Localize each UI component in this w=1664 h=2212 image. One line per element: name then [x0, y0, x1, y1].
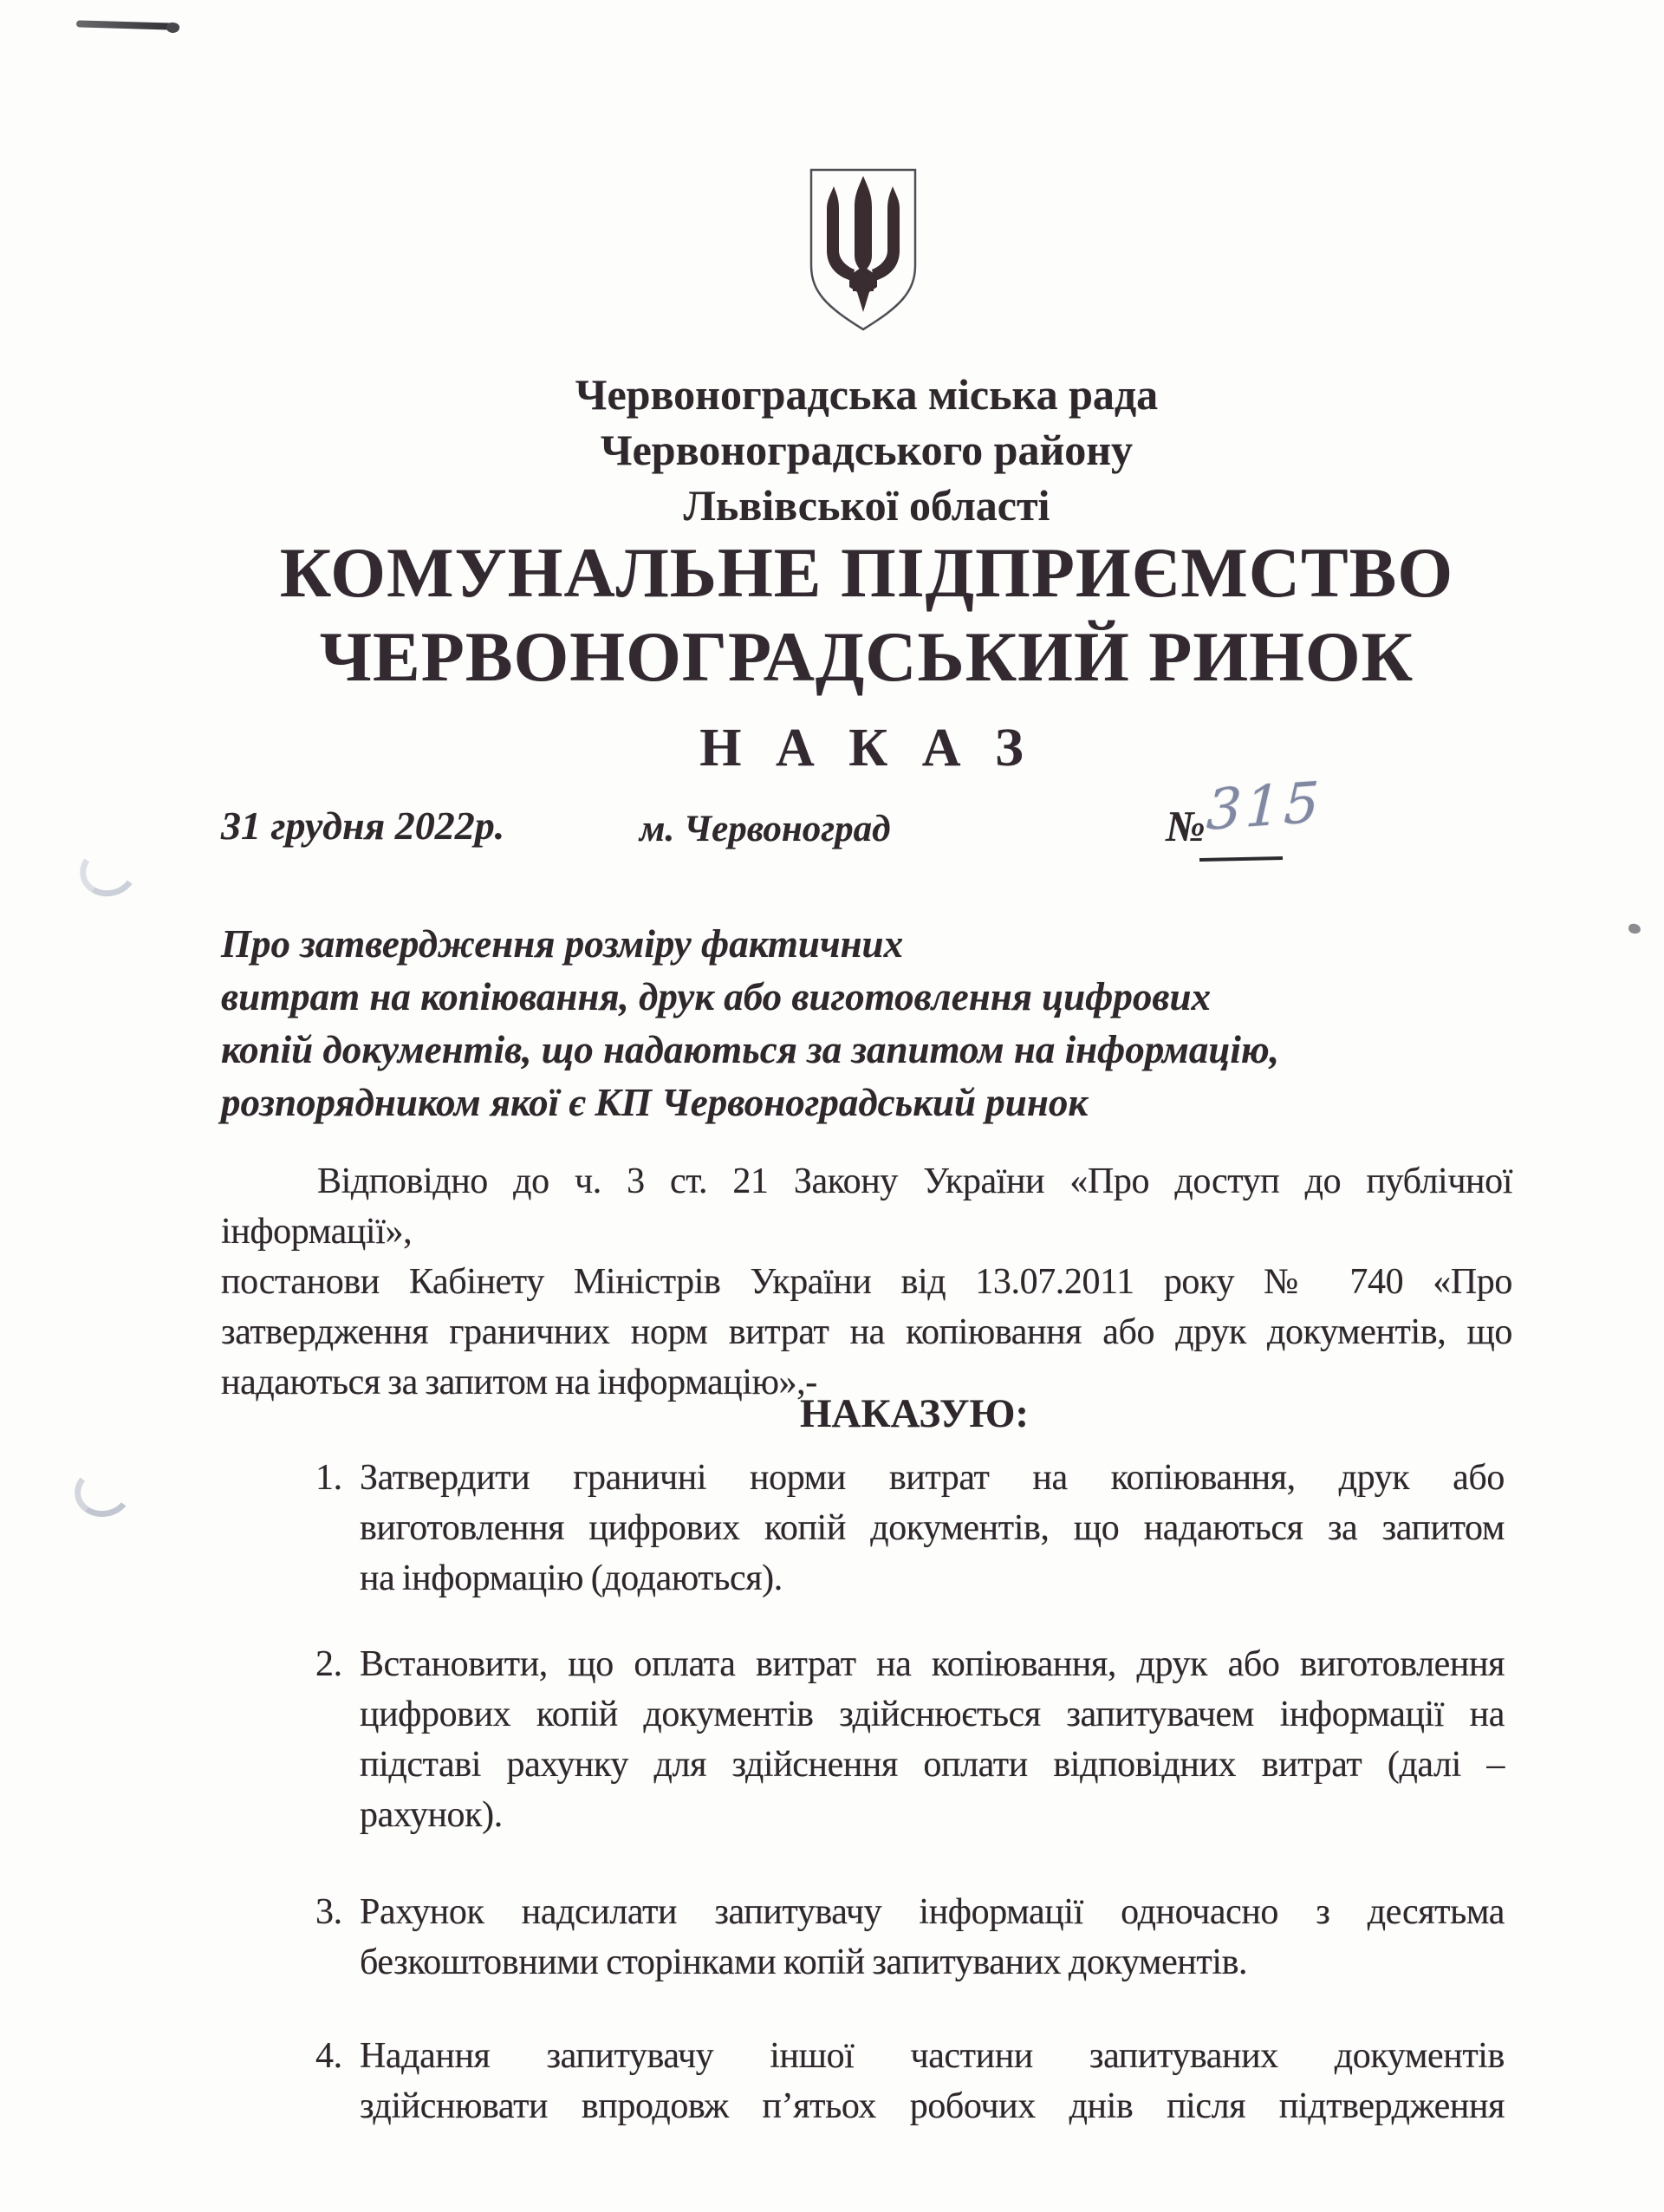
- item-number: 4.: [315, 2031, 342, 2081]
- subject-line: копій документів, що надаються за запито…: [221, 1024, 1330, 1077]
- item-number: 1.: [315, 1453, 342, 1503]
- binder-shadow-upper: [75, 841, 142, 901]
- order-number-underline: [1199, 856, 1283, 862]
- pen-streak-blob-artifact: [166, 22, 180, 34]
- subject-line: Про затвердження розміру фактичних: [221, 918, 1330, 971]
- item-line: цифрових копій документів здійснюється з…: [360, 1689, 1505, 1740]
- org-name-line-region: Львівської області: [35, 478, 1664, 533]
- item-line: на інформацію (додаються).: [360, 1553, 1505, 1604]
- order-item-3: 3. Рахунок надсилати запитувачу інформац…: [315, 1887, 1505, 1988]
- item-line: рахунок).: [360, 1790, 1505, 1840]
- organization-header: Червоноградська міська рада Червоноградс…: [35, 367, 1664, 533]
- order-item-2: 2. Встановити, що оплата витрат на копію…: [315, 1639, 1505, 1840]
- item-text: Надання запитувачу іншої частини запитув…: [360, 2031, 1505, 2131]
- subject-line: розпорядником якої є КП Червоноградський…: [221, 1077, 1330, 1129]
- item-text: Рахунок надсилати запитувачу інформації …: [360, 1887, 1505, 1988]
- trident-icon: [827, 176, 900, 312]
- item-number: 3.: [315, 1887, 342, 1937]
- item-line: Затвердити граничні норми витрат на копі…: [360, 1453, 1505, 1503]
- preamble-line: постанови Кабінету Міністрів України від…: [221, 1257, 1512, 1307]
- order-subject: Про затвердження розміру фактичних витра…: [221, 918, 1330, 1129]
- ukraine-trident-emblem-icon: [803, 165, 924, 340]
- enterprise-name-line-2: ЧЕРВОНОГРАДСЬКИЙ РИНОК: [35, 621, 1664, 693]
- item-text: Затвердити граничні норми витрат на копі…: [360, 1453, 1505, 1604]
- order-heading: НАКАЗУЮ:: [221, 1392, 1608, 1435]
- document-type-title: Н А К А З: [35, 721, 1664, 775]
- ink-speck: [1628, 923, 1641, 935]
- org-name-line-district: Червоноградського району: [35, 422, 1664, 478]
- item-line: здійснювати впродовж п’ятьох робочих дні…: [360, 2081, 1505, 2131]
- order-date: 31 грудня 2022р.: [221, 804, 504, 848]
- order-place: м. Червоноград: [640, 809, 890, 850]
- binder-shadow-lower: [71, 1463, 134, 1521]
- item-line: Надання запитувачу іншої частини запитув…: [360, 2031, 1505, 2081]
- subject-line: витрат на копіювання, друк або виготовле…: [221, 971, 1330, 1024]
- preamble-line: затвердження граничних норм витрат на ко…: [221, 1307, 1512, 1357]
- item-text: Встановити, що оплата витрат на копіюван…: [360, 1639, 1505, 1840]
- preamble-line: Відповідно до ч. 3 ст. 21 Закону України…: [221, 1156, 1512, 1257]
- item-line: Встановити, що оплата витрат на копіюван…: [360, 1639, 1505, 1689]
- pen-streak-artifact: [76, 20, 173, 29]
- order-preamble: Відповідно до ч. 3 ст. 21 Закону України…: [221, 1156, 1512, 1408]
- item-line: виготовлення цифрових копій документів, …: [360, 1503, 1505, 1553]
- scanned-order-page: Червоноградська міська рада Червоноградс…: [0, 0, 1664, 2212]
- item-line: підставі рахунку для здійснення оплати в…: [360, 1740, 1505, 1790]
- org-name-line-council: Червоноградська міська рада: [35, 367, 1664, 422]
- item-number: 2.: [315, 1639, 342, 1689]
- enterprise-name-line-1: КОМУНАЛЬНЕ ПІДПРИЄМСТВО: [35, 537, 1664, 608]
- order-number-sign: №: [1166, 803, 1206, 849]
- order-number-handwritten: 315: [1206, 774, 1323, 840]
- order-item-4: 4. Надання запитувачу іншої частини запи…: [315, 2031, 1505, 2131]
- item-line: Рахунок надсилати запитувачу інформації …: [360, 1887, 1505, 1937]
- order-item-1: 1. Затвердити граничні норми витрат на к…: [315, 1453, 1505, 1604]
- item-line: безкоштовними сторінками копій запитуван…: [360, 1937, 1505, 1988]
